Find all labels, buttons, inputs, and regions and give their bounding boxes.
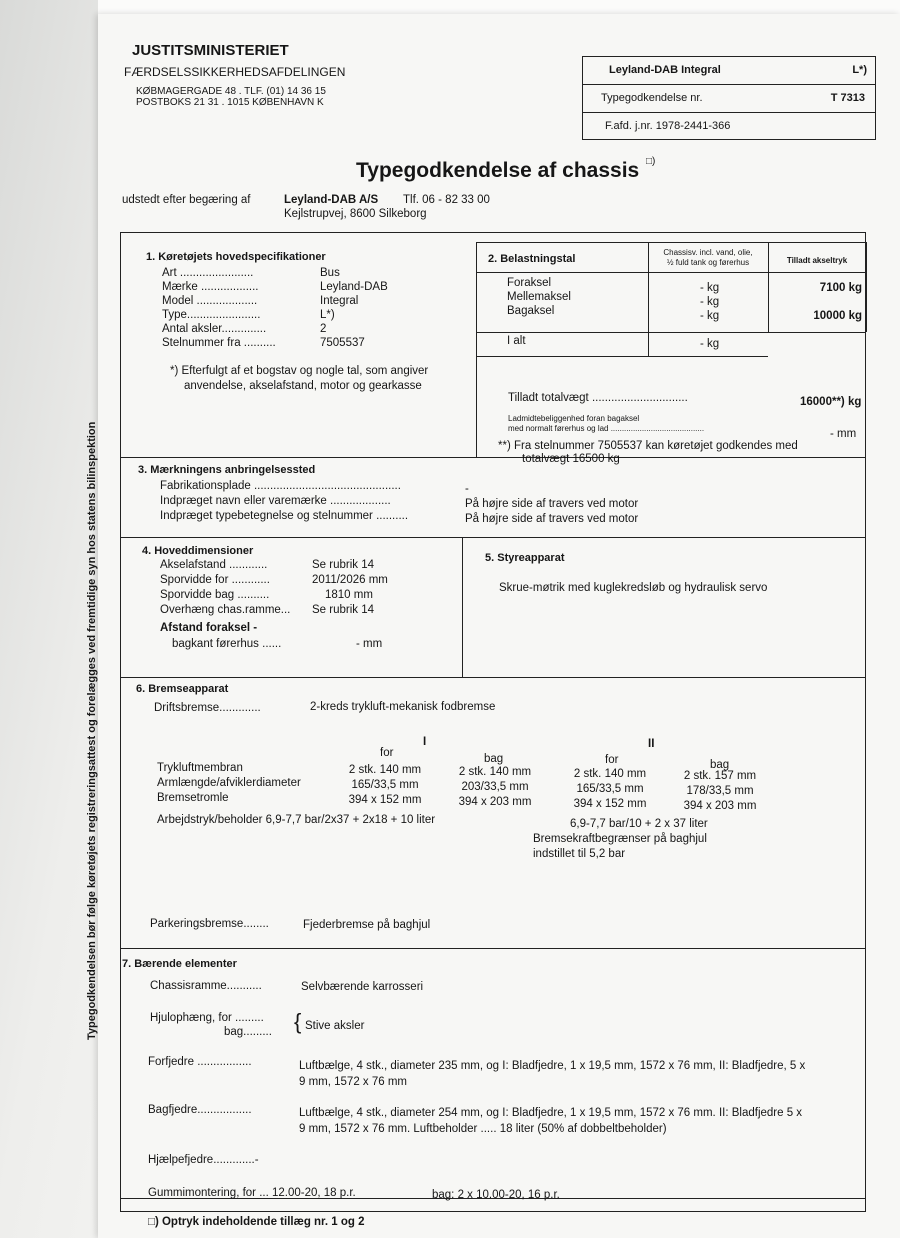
issuer-address: Kejlstrupvej, 8600 Silkeborg [284, 208, 427, 220]
front-spring-value-2: 9 mm, 1572 x 76 mm [299, 1076, 407, 1088]
marking-label: Indpræget navn eller varemærke .........… [160, 495, 391, 507]
parking-brake-value: Fjederbremse på baghjul [303, 919, 430, 931]
load-center-value: - mm [830, 428, 856, 440]
issued-label: udstedt efter begæring af [122, 194, 251, 206]
axle-chassis-weight: - kg [700, 310, 719, 322]
section-2-heading: 2. Belastningstal [488, 253, 575, 265]
suspension-brace-icon: { [294, 1010, 301, 1034]
distance-label-2: bagkant førerhus ...... [172, 638, 281, 650]
journal-number: F.afd. j.nr. 1978-2441-366 [605, 120, 730, 132]
total-weight-label: Tilladt totalvægt ......................… [508, 392, 688, 404]
rear-spring-value-2: 9 mm, 1572 x 76 mm. Luftbeholder ..... 1… [299, 1123, 667, 1135]
vehicle-row: Leyland-DAB Integral L*) [583, 57, 875, 84]
brake-ii-bag: 2 stk. 157 mm [665, 770, 775, 782]
address-line-2: POSTBOKS 21 31 . 1015 KØBENHAVN K [136, 97, 324, 108]
brake-i-bag: 394 x 203 mm [440, 796, 550, 808]
circuit-1-for-header: for [380, 747, 393, 759]
brake-row-label: Trykluftmembran [157, 762, 243, 774]
steering-value: Skrue-møtrik med kuglekredsløb og hydrau… [499, 582, 767, 594]
spec-value: 2 [320, 323, 326, 335]
spec-value: 7505537 [320, 337, 365, 349]
spec-value: Leyland-DAB [320, 281, 388, 293]
load-center-label-1: Ladmidtebeliggenhed foran bagaksel [508, 414, 639, 423]
vehicle-type-code: L*) [852, 64, 867, 76]
total-weight-value: 16000**) kg [800, 396, 861, 408]
axle-label: Bagaksel [507, 305, 554, 317]
dimension-label: Overhæng chas.ramme... [160, 604, 290, 616]
section-1-heading: 1. Køretøjets hovedspecifikationer [146, 251, 326, 263]
distance-label-1: Afstand foraksel - [160, 622, 257, 634]
spec-label: Art ....................... [162, 267, 253, 279]
section-6-heading: 6. Bremseapparat [136, 683, 228, 695]
total-label: I alt [507, 335, 526, 347]
brake-row-label: Bremsetromle [157, 792, 229, 804]
section-3-heading: 3. Mærkningens anbringelsessted [138, 464, 315, 476]
side-note: Typegodkendelsen bør følge køretøjets re… [86, 422, 98, 1040]
suspension-rear-label: bag......... [224, 1026, 272, 1038]
service-brake-label: Driftsbremse............. [154, 702, 261, 714]
address-line-1: KØBMAGERGADE 48 . TLF. (01) 14 36 15 [136, 86, 326, 97]
brake-limiter-1: Bremsekraftbegrænser på baghjul [533, 833, 707, 845]
brake-ii-bag: 178/33,5 mm [665, 785, 775, 797]
section-5-heading: 5. Styreapparat [485, 552, 564, 564]
brake-i-bag: 203/33,5 mm [440, 781, 550, 793]
work-pressure-label: Arbejdstryk/beholder 6,9-7,7 bar/2x37 + … [157, 814, 435, 826]
identification-box: Leyland-DAB Integral L*) Typegodkendelse… [582, 56, 876, 140]
service-brake-value: 2-kreds trykluft-mekanisk fodbremse [310, 701, 495, 713]
section-1-footnote-1: *) Efterfulgt af et bogstav og nogle tal… [170, 365, 428, 377]
tyres-rear: bag: 2 x 10.00-20, 16 p.r. [432, 1189, 560, 1201]
work-pressure-circuit-2: 6,9-7,7 bar/10 + 2 x 37 liter [570, 818, 708, 830]
spec-value: Bus [320, 267, 340, 279]
title-footnote-marker: □) [646, 156, 655, 167]
circuit-1-bag-header: bag [484, 753, 503, 765]
brake-i-for: 394 x 152 mm [330, 794, 440, 806]
chassis-frame-value: Selvbærende karrosseri [301, 981, 423, 993]
brake-ii-for: 165/33,5 mm [555, 783, 665, 795]
dimension-value: 1810 mm [325, 589, 373, 601]
section-2-footnote-2: totalvægt 16500 kg [522, 453, 620, 465]
section-2-footnote-1: **) Fra stelnummer 7505537 kan køretøjet… [498, 440, 798, 452]
suspension-value: Stive aksler [305, 1020, 364, 1032]
chassis-frame-label: Chassisramme........... [150, 980, 262, 992]
dimension-value: Se rubrik 14 [312, 559, 374, 571]
brake-ii-for: 394 x 152 mm [555, 798, 665, 810]
spec-label: Model ................... [162, 295, 257, 307]
approval-row: Typegodkendelse nr. T 7313 [583, 85, 875, 112]
brake-i-for: 165/33,5 mm [330, 779, 440, 791]
marking-label: Indpræget typebetegnelse og stelnummer .… [160, 510, 408, 522]
dimension-label: Sporvidde bag .......... [160, 589, 269, 601]
vehicle-name: Leyland-DAB Integral [609, 64, 721, 76]
brake-ii-for: 2 stk. 140 mm [555, 768, 665, 780]
rear-spring-label: Bagfjedre................. [148, 1104, 252, 1116]
spec-label: Mærke .................. [162, 281, 259, 293]
spec-label: Antal aksler.............. [162, 323, 266, 335]
spec-label: Stelnummer fra .......... [162, 337, 276, 349]
spec-value: L*) [320, 309, 335, 321]
spec-label: Type....................... [162, 309, 260, 321]
brake-i-bag: 2 stk. 140 mm [440, 766, 550, 778]
brake-row-label: Armlængde/afviklerdiameter [157, 777, 301, 789]
rear-spring-value-1: Luftbælge, 4 stk., diameter 254 mm, og I… [299, 1107, 802, 1119]
load-center-label-2: med normalt førerhus og lad ............… [508, 424, 704, 433]
section-4-heading: 4. Hoveddimensioner [142, 545, 253, 557]
axle-label: Mellemaksel [507, 291, 571, 303]
section-1-footnote-2: anvendelse, akselafstand, motor og geark… [184, 380, 422, 392]
parking-brake-label: Parkeringsbremse........ [150, 918, 269, 930]
footer-note: □) Optryk indeholdende tillæg nr. 1 og 2 [148, 1216, 365, 1228]
issuer-phone: Tlf. 06 - 82 33 00 [403, 194, 490, 206]
spec-value: Integral [320, 295, 358, 307]
front-spring-value-1: Luftbælge, 4 stk., diameter 235 mm, og I… [299, 1060, 805, 1072]
document-title: Typegodkendelse af chassis [356, 159, 639, 183]
brake-ii-bag: 394 x 203 mm [665, 800, 775, 812]
department-name: FÆRDSELSSIKKERHEDSAFDELINGEN [124, 65, 345, 79]
tyres-front: Gummimontering, for ... 12.00-20, 18 p.r… [148, 1187, 356, 1199]
axle-label: Foraksel [507, 277, 551, 289]
helper-spring-label: Hjælpefjedre.............- [148, 1154, 259, 1166]
ministry-name: JUSTITSMINISTERIET [132, 42, 289, 59]
axle-allowed-load: 10000 kg [770, 310, 862, 322]
axle-chassis-weight: - kg [700, 282, 719, 294]
approval-number: T 7313 [831, 92, 865, 104]
issuer-company: Leyland-DAB A/S [284, 194, 378, 206]
marking-label: Fabrikationsplade ......................… [160, 480, 401, 492]
allowed-axle-header: Tilladt akseltryk [768, 256, 866, 265]
brake-limiter-2: indstillet til 5,2 bar [533, 848, 625, 860]
dimension-label: Akselafstand ............ [160, 559, 267, 571]
axle-chassis-weight: - kg [700, 296, 719, 308]
chassis-weight-header-2: ½ fuld tank og førerhus [648, 258, 768, 267]
front-spring-label: Forfjedre ................. [148, 1056, 252, 1068]
circuit-2-for-header: for [605, 754, 618, 766]
total-chassis-weight: - kg [700, 338, 719, 350]
dimension-label: Sporvidde for ............ [160, 574, 270, 586]
dimension-value: 2011/2026 mm [312, 574, 388, 586]
distance-value: - mm [356, 638, 382, 650]
marking-value: - [465, 483, 469, 495]
marking-value: På højre side af travers ved motor [465, 513, 638, 525]
circuit-2-label: II [648, 738, 654, 750]
approval-label: Typegodkendelse nr. [601, 92, 703, 104]
top-page-edge [98, 0, 900, 15]
dimension-value: Se rubrik 14 [312, 604, 374, 616]
brake-i-for: 2 stk. 140 mm [330, 764, 440, 776]
chassis-weight-header-1: Chassisv. incl. vand, olie, [648, 248, 768, 257]
section-7-heading: 7. Bærende elementer [122, 958, 237, 970]
marking-value: På højre side af travers ved motor [465, 498, 638, 510]
suspension-front-label: Hjulophæng, for ......... [150, 1012, 264, 1024]
journal-row: F.afd. j.nr. 1978-2441-366 [583, 113, 875, 140]
axle-allowed-load: 7100 kg [770, 282, 862, 294]
circuit-1-label: I [423, 736, 426, 748]
